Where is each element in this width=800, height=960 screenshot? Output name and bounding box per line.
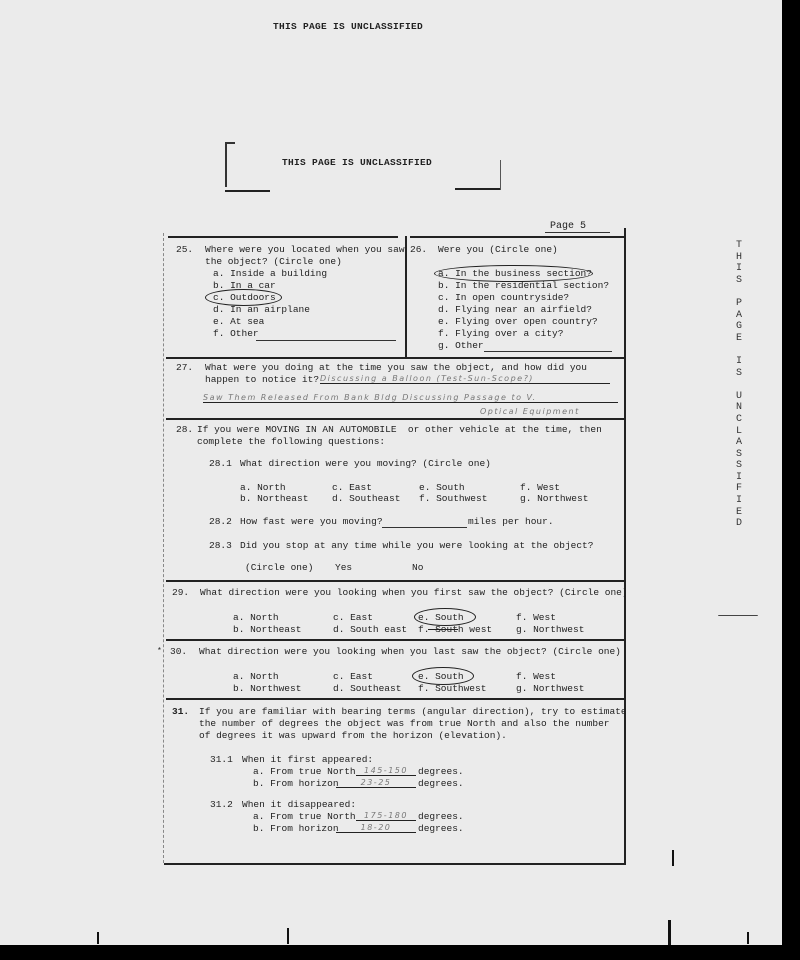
- stamp-bracket: [500, 160, 501, 190]
- strike-mark: [428, 629, 458, 630]
- q29-number: 29.: [172, 587, 189, 599]
- q31-2b-value[interactable]: 18-20: [336, 823, 416, 833]
- q31-2a-value[interactable]: 175-180: [356, 811, 416, 821]
- q26-option-b[interactable]: b. In the residential section?: [438, 280, 609, 292]
- q30-text: What direction were you looking when you…: [199, 646, 621, 658]
- q31-2-label: When it disappeared:: [242, 799, 356, 811]
- q25-option-a[interactable]: a. Inside a building: [213, 268, 327, 280]
- other-blank[interactable]: [484, 351, 612, 352]
- classification-stamp: THIS PAGE IS UNCLASSIFIED: [282, 157, 432, 169]
- divider: [166, 357, 624, 359]
- q28-3-yes[interactable]: Yes: [335, 562, 352, 574]
- q29-option[interactable]: c. East: [333, 612, 373, 624]
- classification-header-top: THIS PAGE IS UNCLASSIFIED: [273, 21, 423, 33]
- q30-option[interactable]: c. East: [333, 671, 373, 683]
- q31-1a-value[interactable]: 145-150: [356, 766, 416, 776]
- divider: [410, 236, 624, 238]
- q27-number: 27.: [176, 362, 193, 374]
- q29-option[interactable]: g. Northwest: [516, 624, 584, 636]
- scan-mark: [287, 928, 289, 944]
- q31-text: of degrees it was upward from the horizo…: [199, 730, 507, 742]
- stamp-bracket: [225, 190, 270, 192]
- q31-2a-label: a. From true North: [253, 811, 356, 823]
- divider: [166, 580, 624, 582]
- q29-text: What direction were you looking when you…: [200, 587, 628, 599]
- q28-2-number: 28.2: [209, 516, 232, 528]
- q27-answer[interactable]: Optical Equipment: [480, 407, 580, 416]
- speed-input[interactable]: [382, 527, 467, 528]
- form-border: [163, 233, 164, 863]
- q30-option[interactable]: a. North: [233, 671, 279, 683]
- q31-1a-label: a. From true North: [253, 766, 356, 778]
- side-classification-stamp: T H I S P A G E I S U N C L A S S I F I …: [732, 240, 746, 530]
- q28-3-text: Did you stop at any time while you were …: [240, 540, 593, 552]
- q28-1-option[interactable]: f. Southwest: [419, 493, 487, 505]
- q26-option-f[interactable]: f. Flying over a city?: [438, 328, 563, 340]
- q29-option[interactable]: f. West: [516, 612, 556, 624]
- q27-text: What were you doing at the time you saw …: [205, 362, 587, 374]
- q28-3-number: 28.3: [209, 540, 232, 552]
- q28-1-text: What direction were you moving? (Circle …: [240, 458, 491, 470]
- q28-text: If you were MOVING IN AN AUTOMOBILE or o…: [197, 424, 602, 436]
- q29-option[interactable]: d. South east: [333, 624, 407, 636]
- q31-1b-label: b. From horizon: [253, 778, 339, 790]
- q31-1b-value[interactable]: 23-25: [336, 778, 416, 788]
- q25-number: 25.: [176, 244, 193, 256]
- divider: [166, 698, 624, 700]
- q28-1-option[interactable]: g. Northwest: [520, 493, 588, 505]
- stamp-bracket: [225, 142, 229, 187]
- q29-option[interactable]: f. South west: [418, 624, 492, 636]
- q31-2b-label: b. From horizon: [253, 823, 339, 835]
- q31-text: If you are familiar with bearing terms (…: [199, 706, 627, 718]
- scan-mark: [97, 932, 99, 944]
- q28-2-text: How fast were you moving?: [240, 516, 383, 528]
- q26-option-g[interactable]: g. Other: [438, 340, 484, 352]
- scan-mark: [747, 932, 749, 944]
- q29-option[interactable]: b. Northeast: [233, 624, 301, 636]
- q28-1-option[interactable]: d. Southeast: [332, 493, 400, 505]
- q30-number: 30.: [170, 646, 187, 658]
- q25-option-e[interactable]: e. At sea: [213, 316, 264, 328]
- column-divider: [405, 236, 407, 358]
- divider: [168, 236, 398, 238]
- q28-number: 28.: [176, 424, 193, 436]
- form-border: [624, 228, 626, 864]
- q28-2-suffix: miles per hour.: [468, 516, 554, 528]
- q31-1b-unit: degrees.: [418, 778, 464, 790]
- q31-2a-unit: degrees.: [418, 811, 464, 823]
- q25-text: Where were you located when you saw: [205, 244, 405, 256]
- q26-text: Were you (Circle one): [438, 244, 558, 256]
- stamp-bracket: [455, 188, 500, 190]
- q30-option[interactable]: d. Southeast: [333, 683, 401, 695]
- divider: [166, 418, 624, 420]
- q26-option-e[interactable]: e. Flying over open country?: [438, 316, 598, 328]
- q30-option[interactable]: b. Northwest: [233, 683, 301, 695]
- q28-1-option[interactable]: b. Northeast: [240, 493, 308, 505]
- q30-option[interactable]: g. Northwest: [516, 683, 584, 695]
- q26-number: 26.: [410, 244, 427, 256]
- q31-1-label: When it first appeared:: [242, 754, 373, 766]
- divider: [545, 232, 610, 233]
- other-blank[interactable]: [256, 340, 396, 341]
- q25-text: the object? (Circle one): [205, 256, 342, 268]
- divider: [164, 863, 626, 865]
- scan-mark: [668, 920, 671, 945]
- q31-1-number: 31.1: [210, 754, 233, 766]
- q29-option[interactable]: a. North: [233, 612, 279, 624]
- scan-mark: [672, 850, 674, 866]
- q31-2b-unit: degrees.: [418, 823, 464, 835]
- q28-text: complete the following questions:: [197, 436, 385, 448]
- scanned-page: THIS PAGE IS UNCLASSIFIED THIS PAGE IS U…: [0, 0, 782, 945]
- q31-1a-unit: degrees.: [418, 766, 464, 778]
- q30-option[interactable]: f. West: [516, 671, 556, 683]
- q27-text: happen to notice it?: [205, 374, 319, 386]
- q31-number: 31.: [172, 706, 189, 718]
- divider: [166, 639, 624, 641]
- q28-1-number: 28.1: [209, 458, 232, 470]
- q28-3-no[interactable]: No: [412, 562, 423, 574]
- q25-option-d[interactable]: d. In an airplane: [213, 304, 310, 316]
- asterisk-mark: *: [157, 646, 162, 658]
- q27-answer[interactable]: Saw Them Released From Bank Bldg Discuss…: [203, 393, 618, 403]
- q25-option-f[interactable]: f. Other: [213, 328, 259, 340]
- q30-option[interactable]: f. Southwest: [418, 683, 486, 695]
- q31-text: the number of degrees the object was fro…: [199, 718, 609, 730]
- q28-3-circle-label: (Circle one): [245, 562, 313, 574]
- q26-option-d[interactable]: d. Flying near an airfield?: [438, 304, 592, 316]
- q27-answer[interactable]: Discussing a Balloon (Test-Sun-Scope?): [320, 374, 610, 384]
- q31-2-number: 31.2: [210, 799, 233, 811]
- q26-option-c[interactable]: c. In open countryside?: [438, 292, 569, 304]
- side-mark: [718, 615, 758, 616]
